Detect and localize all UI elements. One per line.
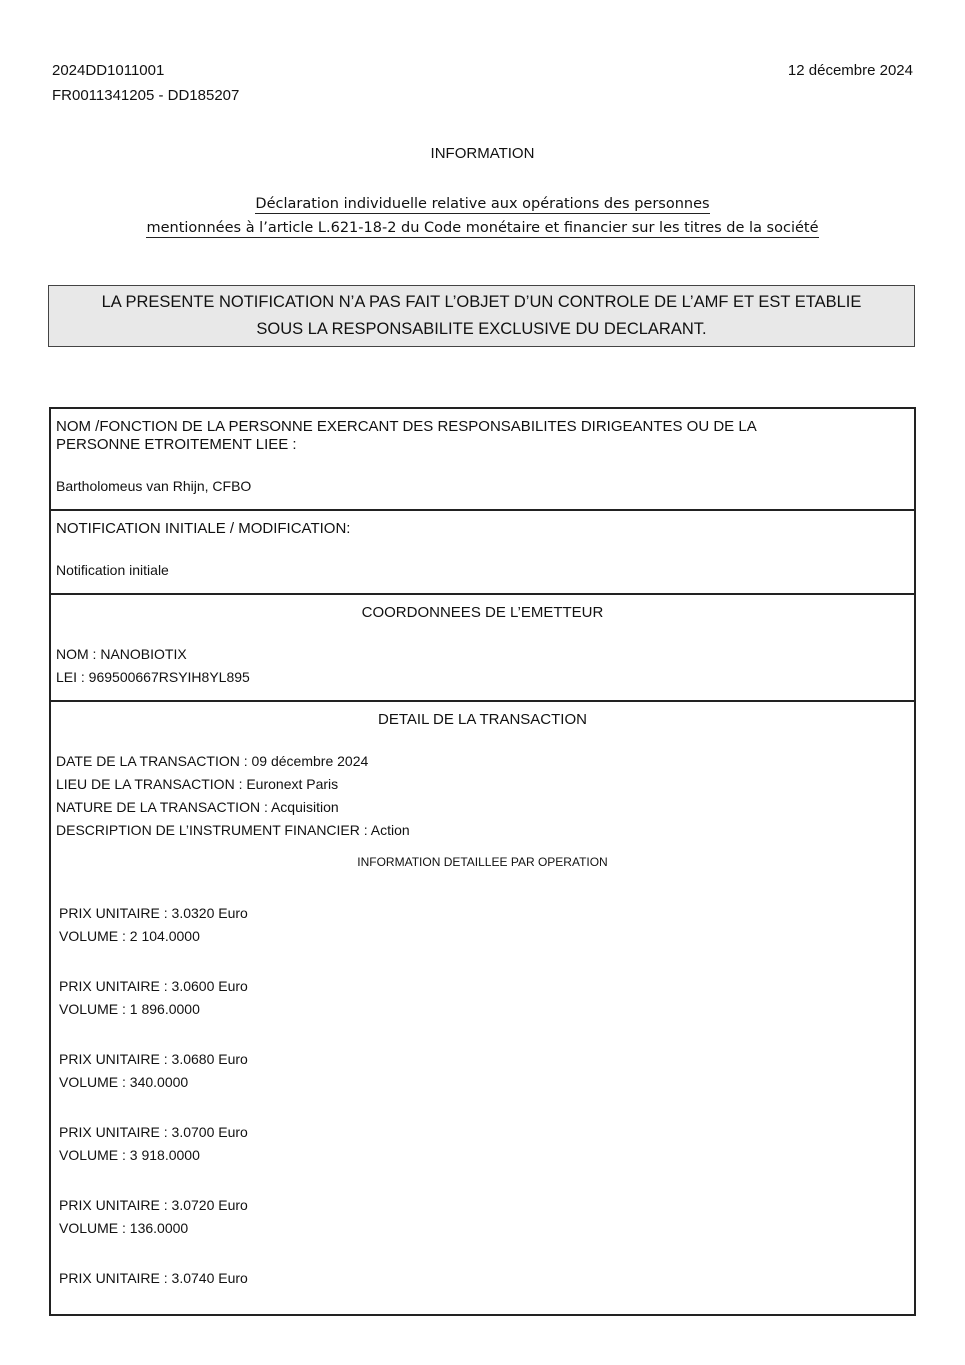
notice-line-1: LA PRESENTE NOTIFICATION N’A PAS FAIT L’… [49, 289, 914, 316]
operation-detail-title: INFORMATION DETAILLEE PAR OPERATION [51, 855, 914, 869]
operation-4-price: PRIX UNITAIRE : 3.0700 Euro [59, 1123, 248, 1141]
transaction-place: LIEU DE LA TRANSACTION : Euronext Paris [56, 775, 338, 793]
operation-1-volume: VOLUME : 2 104.0000 [59, 927, 200, 945]
person-label-line-1: NOM /FONCTION DE LA PERSONNE EXERCANT DE… [56, 418, 757, 436]
isin-reference: FR0011341205 - DD185207 [52, 87, 239, 105]
notification-label: NOTIFICATION INITIALE / MODIFICATION: [56, 520, 350, 538]
document-date: 12 décembre 2024 [788, 62, 913, 80]
transaction-nature: NATURE DE LA TRANSACTION : Acquisition [56, 798, 339, 816]
issuer-lei: LEI : 969500667RSYIH8YL895 [56, 668, 250, 686]
transaction-section: DETAIL DE LA TRANSACTION DATE DE LA TRAN… [51, 702, 914, 1314]
transaction-title: DETAIL DE LA TRANSACTION [51, 711, 914, 729]
page-title: INFORMATION [0, 145, 965, 163]
operation-6-price: PRIX UNITAIRE : 3.0740 Euro [59, 1269, 248, 1287]
issuer-section: COORDONNEES DE L’EMETTEUR NOM : NANOBIOT… [51, 595, 914, 702]
issuer-name: NOM : NANOBIOTIX [56, 645, 187, 663]
declaration-title-line-1: Déclaration individuelle relative aux op… [0, 195, 965, 213]
person-section: NOM /FONCTION DE LA PERSONNE EXERCANT DE… [51, 409, 914, 511]
amf-notice-box: LA PRESENTE NOTIFICATION N’A PAS FAIT L’… [48, 285, 915, 347]
operation-2-volume: VOLUME : 1 896.0000 [59, 1000, 200, 1018]
document-reference: 2024DD1011001 [52, 62, 164, 80]
person-label-line-2: PERSONNE ETROITEMENT LIEE : [56, 436, 297, 454]
operation-2-price: PRIX UNITAIRE : 3.0600 Euro [59, 977, 248, 995]
operation-4-volume: VOLUME : 3 918.0000 [59, 1146, 200, 1164]
operation-3-price: PRIX UNITAIRE : 3.0680 Euro [59, 1050, 248, 1068]
operation-5-price: PRIX UNITAIRE : 3.0720 Euro [59, 1196, 248, 1214]
operation-1-price: PRIX UNITAIRE : 3.0320 Euro [59, 904, 248, 922]
operation-3-volume: VOLUME : 340.0000 [59, 1073, 188, 1091]
notice-line-2: SOUS LA RESPONSABILITE EXCLUSIVE DU DECL… [49, 316, 914, 343]
operation-5-volume: VOLUME : 136.0000 [59, 1219, 188, 1237]
notification-section: NOTIFICATION INITIALE / MODIFICATION: No… [51, 511, 914, 595]
person-value: Bartholomeus van Rhijn, CFBO [56, 477, 251, 495]
transaction-date: DATE DE LA TRANSACTION : 09 décembre 202… [56, 752, 368, 770]
declaration-title-line-2: mentionnées à l’article L.621-18-2 du Co… [0, 219, 965, 237]
notification-value: Notification initiale [56, 561, 169, 579]
declaration-table: NOM /FONCTION DE LA PERSONNE EXERCANT DE… [49, 407, 916, 1316]
transaction-instrument: DESCRIPTION DE L’INSTRUMENT FINANCIER : … [56, 821, 410, 839]
issuer-title: COORDONNEES DE L’EMETTEUR [51, 604, 914, 622]
